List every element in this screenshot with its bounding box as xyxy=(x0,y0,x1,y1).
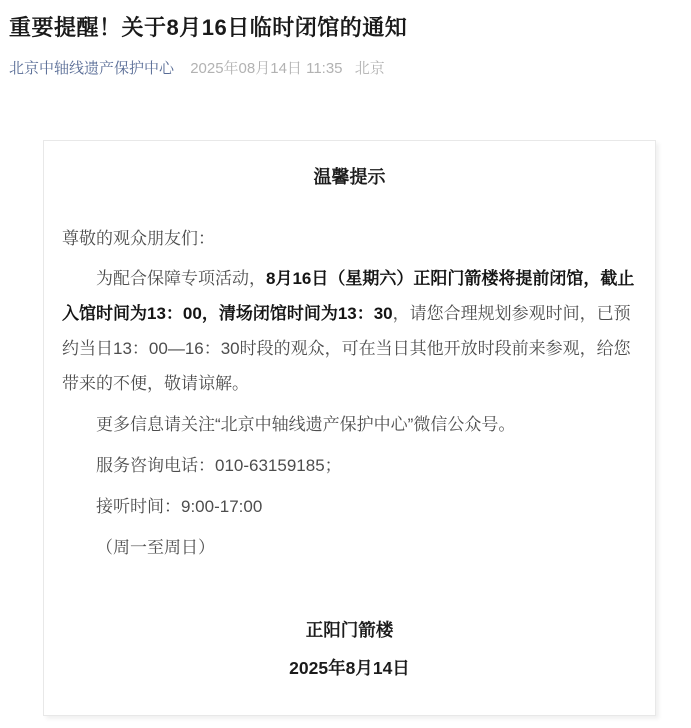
publish-datetime: 2025年08月14日 11:35 xyxy=(190,60,342,77)
signature-date: 2025年8月14日 xyxy=(62,655,637,681)
page-title: 重要提醒！关于8月16日临时闭馆的通知 xyxy=(9,13,675,43)
signature-name: 正阳门箭楼 xyxy=(62,617,637,643)
service-days-line: （周一至周日） xyxy=(62,530,637,565)
service-phone-line: 服务咨询电话：010-63159185； xyxy=(62,448,637,483)
article-page: 重要提醒！关于8月16日临时闭馆的通知 北京中轴线遗产保护中心 2025年08月… xyxy=(0,0,691,716)
salutation: 尊敬的观众朋友们： xyxy=(62,226,637,252)
account-name-link[interactable]: 北京中轴线遗产保护中心 xyxy=(9,60,174,77)
main-paragraph-start: 为配合保障专项活动， xyxy=(96,269,266,288)
notice-box-title: 温馨提示 xyxy=(62,165,637,189)
publish-location: 北京 xyxy=(355,60,385,77)
main-paragraph: 为配合保障专项活动，8月16日（星期六）正阳门箭楼将提前闭馆，截止入馆时间为13… xyxy=(62,261,637,401)
service-hours-line: 接听时间：9:00-17:00 xyxy=(62,489,637,524)
byline: 北京中轴线遗产保护中心 2025年08月14日 11:35 北京 xyxy=(9,59,675,78)
notice-box: 温馨提示 尊敬的观众朋友们： 为配合保障专项活动，8月16日（星期六）正阳门箭楼… xyxy=(43,140,656,716)
more-info-line: 更多信息请关注“北京中轴线遗产保护中心”微信公众号。 xyxy=(62,407,637,442)
